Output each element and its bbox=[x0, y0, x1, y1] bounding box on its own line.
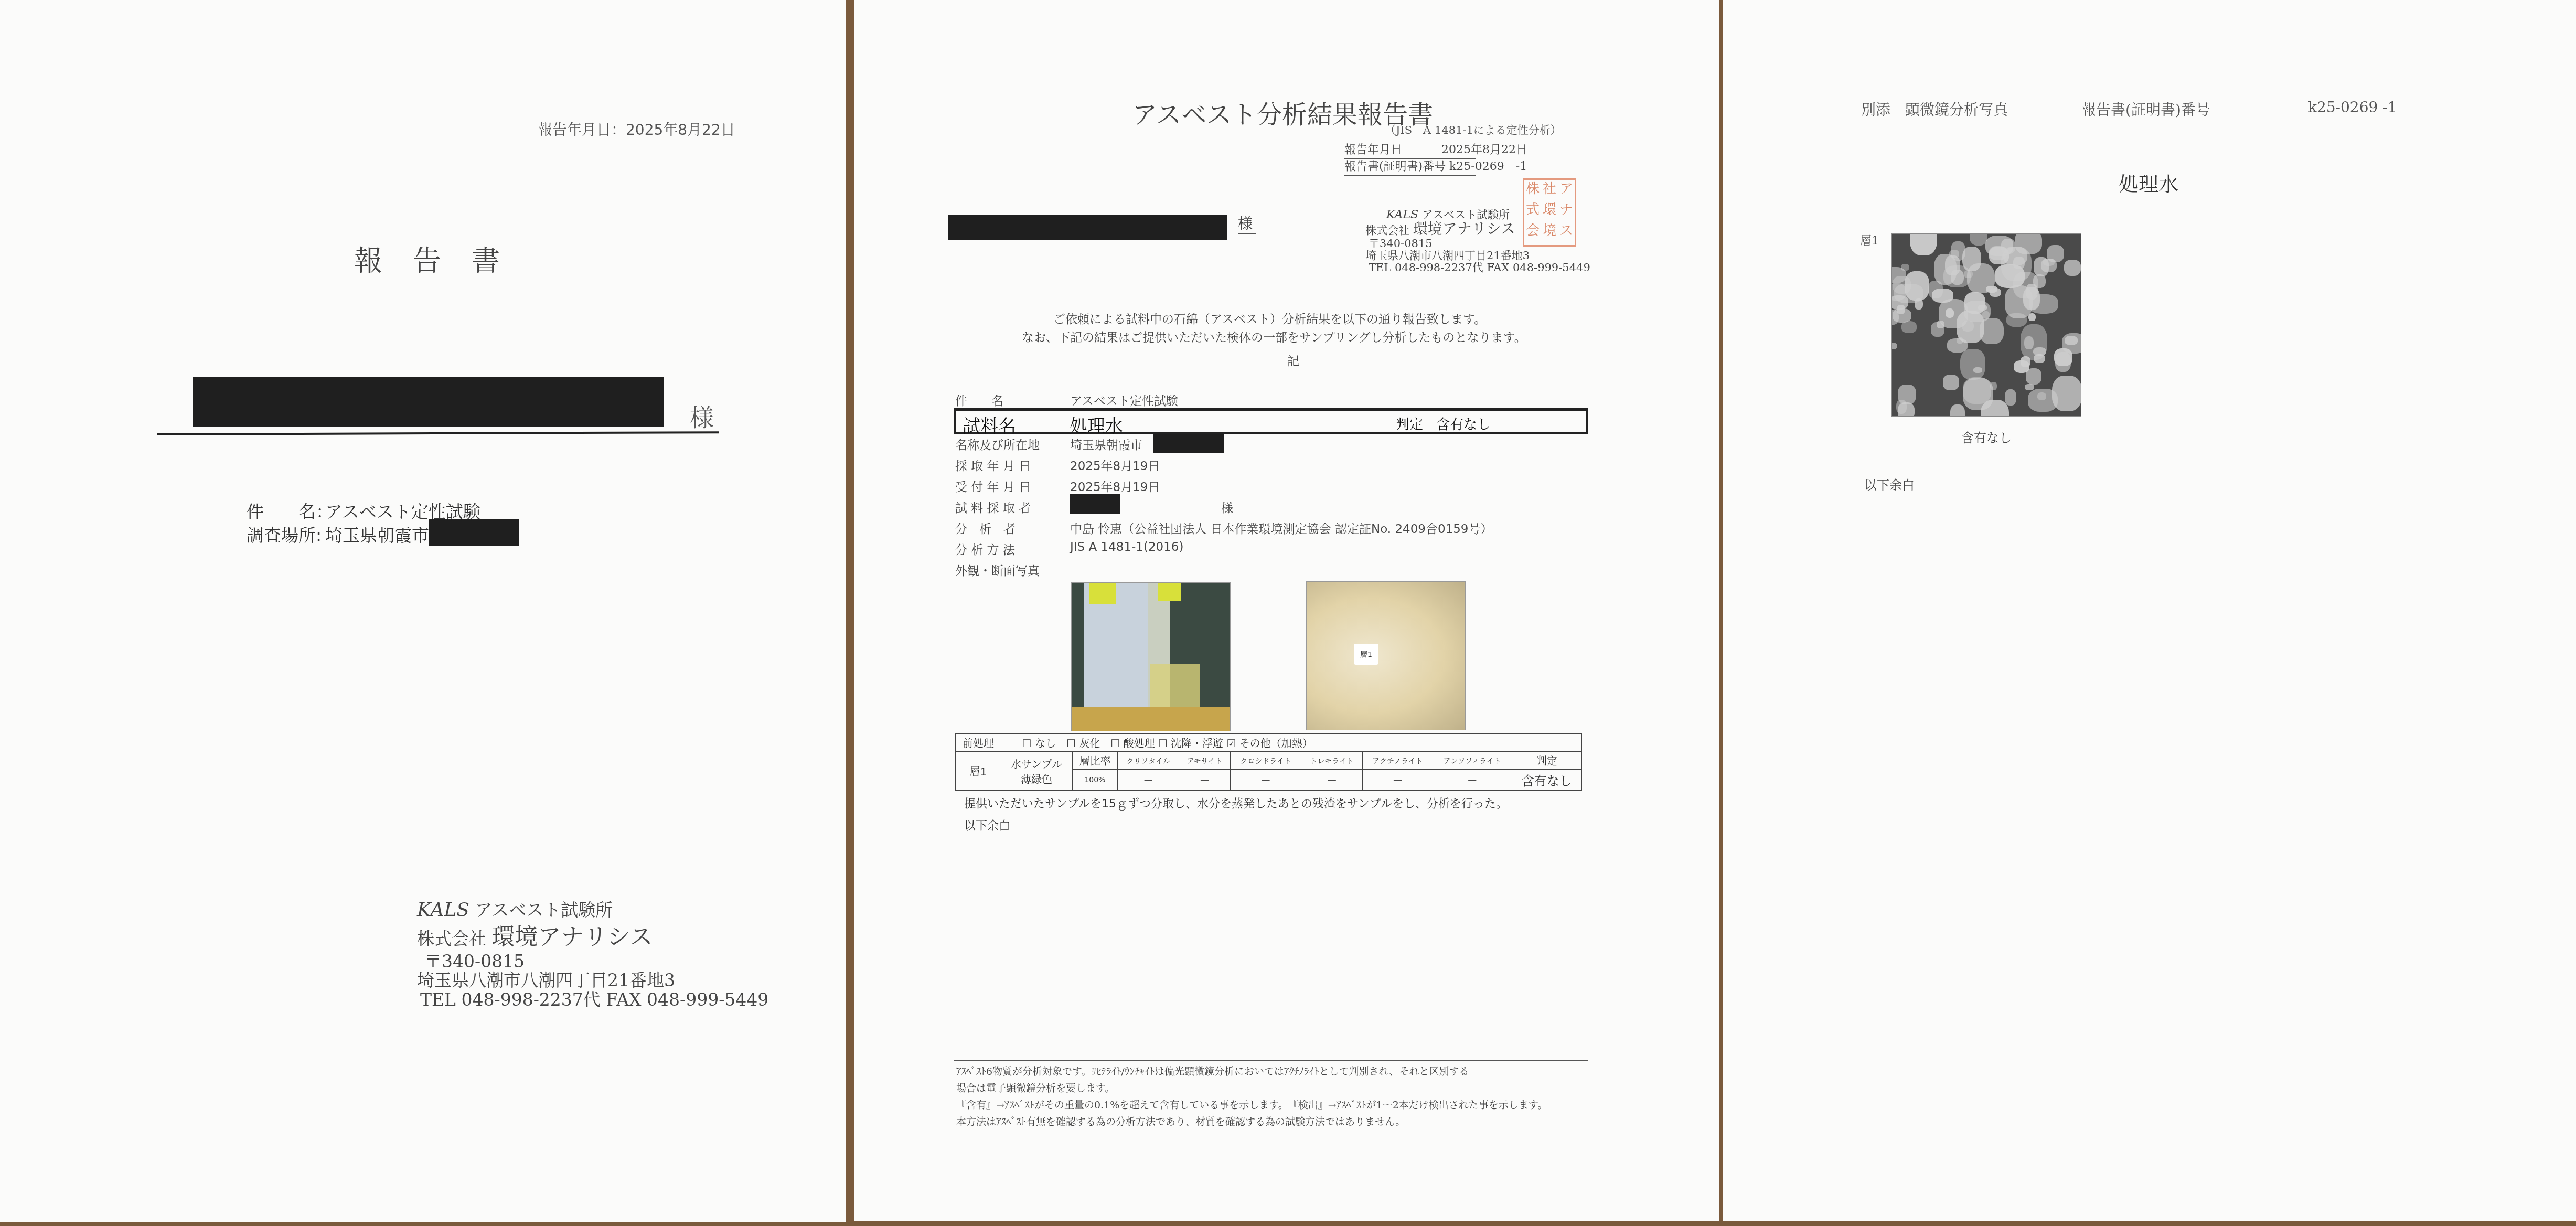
lab-prefix: KALS bbox=[1386, 208, 1418, 221]
field-label: 分 析 方 法 bbox=[955, 540, 1015, 558]
field-value: 2025年8月19日 bbox=[1070, 477, 1160, 495]
redacted-location bbox=[1153, 434, 1224, 453]
cross-section-photo: 層1 bbox=[1306, 581, 1466, 730]
layer-cell: 層1 bbox=[956, 752, 1001, 791]
lab-name: アスベスト試験所 bbox=[475, 900, 613, 920]
corp-prefix: 株式会社 bbox=[1365, 224, 1409, 237]
subject-label: 件 名 bbox=[955, 391, 1003, 409]
company-block: KALS アスベスト試験所 株式会社 環境アナリシス 〒340-0815 埼玉県… bbox=[417, 900, 768, 1009]
value-cell: － bbox=[1301, 770, 1363, 791]
report-date-value: 2025年8月22日 bbox=[626, 121, 735, 138]
analysis-note: 提供いただいたサンプルを15ｇずつ分取し、水分を蒸発したあとの残渣をサンプルをし… bbox=[964, 795, 1508, 811]
header-cell: 判定 bbox=[1512, 752, 1581, 770]
seal-char: ア bbox=[1558, 182, 1575, 203]
microscope-result: 含有なし bbox=[1961, 428, 2012, 446]
field-label: 試 料 採 取 者 bbox=[955, 498, 1031, 516]
seal-char: ス bbox=[1558, 224, 1575, 245]
field-value: 中島 怜恵（公益社団法人 日本作業環境測定協会 認定証No. 2409合0159… bbox=[1070, 519, 1493, 537]
header-cell: アモサイト bbox=[1179, 752, 1231, 770]
photo-layer-tag: 層1 bbox=[1354, 644, 1378, 665]
value-cell: － bbox=[1433, 770, 1512, 791]
field-value: JIS A 1481-1(2016) bbox=[1070, 540, 1183, 554]
footer-note: 本方法はｱｽﾍﾞｽﾄ有無を確認する為の分析方法であり、材質を確認する為の試験方法… bbox=[956, 1114, 1405, 1128]
report-no-row: 報告書(証明書)番号 k25-0269 -1 bbox=[1344, 157, 1476, 176]
seal-char: 株 bbox=[1524, 182, 1541, 203]
description-line-2: 薄緑色 bbox=[1003, 771, 1071, 786]
field-label: 受 付 年 月 日 bbox=[955, 477, 1031, 495]
seal-char: 境 bbox=[1541, 224, 1558, 245]
recipient-honorific: 様 bbox=[690, 399, 714, 433]
sample-name: 処理水 bbox=[1070, 412, 1123, 438]
seal-char: 式 bbox=[1524, 203, 1541, 224]
value-cell: － bbox=[1363, 770, 1433, 791]
lab-name: アスベスト試験所 bbox=[1422, 208, 1510, 221]
value-cell: － bbox=[1230, 770, 1301, 791]
judgment-label: 判定 bbox=[1396, 414, 1423, 433]
report-date: 報告年月日：2025年8月22日 bbox=[538, 119, 735, 140]
report-no-value: k25-0269 -1 bbox=[2308, 99, 2397, 116]
company-postal: 〒340-0815 bbox=[417, 952, 768, 971]
field-label: 外観・断面写真 bbox=[955, 561, 1040, 579]
field-value: 2025年8月19日 bbox=[1070, 456, 1160, 474]
field-value: 様 bbox=[1221, 498, 1233, 516]
sample-box: 試料名 処理水 判定 含有なし bbox=[954, 408, 1588, 434]
company-address: 埼玉県八潮市八潮四丁目21番地3 bbox=[417, 971, 768, 990]
subject-label: 件 名： bbox=[247, 498, 325, 523]
redacted-recipient bbox=[948, 215, 1227, 240]
seal-char: 環 bbox=[1541, 203, 1558, 224]
report-date-label: 報告年月日： bbox=[538, 121, 626, 138]
cover-title: 報告書 bbox=[354, 239, 530, 279]
company-tel-fax: TEL 048-998-2237代 FAX 048-999-5449 bbox=[417, 990, 768, 1009]
sample-name: 処理水 bbox=[2119, 168, 2178, 197]
company-address: 埼玉県八潮市八潮四丁目21番地3 bbox=[1365, 250, 1590, 262]
intro-line-2: なお、下記の結果はご提供いただいた検体の一部をサンプリングし分析したものとなりま… bbox=[1022, 328, 1526, 345]
cover-page: 報告年月日：2025年8月22日 報告書 様 件 名：アスベスト定性試験 調査場… bbox=[0, 0, 846, 1222]
footer-note: 『含有』→ｱｽﾍﾞｽﾄがその重量の0.1%を超えて含有している事を示します。 『… bbox=[956, 1097, 1547, 1112]
judgment-cell: 含有なし bbox=[1512, 770, 1581, 791]
microscope-photo-page: 別添 顕微鏡分析写真 報告書(証明書)番号 k25-0269 -1 処理水 層1… bbox=[1723, 0, 2576, 1221]
header-cell: アクチノライト bbox=[1363, 752, 1433, 770]
intro-line-1: ご依頼による試料中の石綿（アスベスト）分析結果を以下の通り報告致します。 bbox=[1053, 310, 1486, 327]
pretreatment-options: ☐ なし ☐ 灰化 ☐ 酸処理 ☐ 沈降・浮遊 ☑ その他（加熱） bbox=[1001, 734, 1581, 752]
result-page: アスベスト分析結果報告書 （JIS A 1481-1による定性分析） 報告年月日… bbox=[854, 0, 1719, 1221]
recipient-underline bbox=[157, 431, 719, 435]
layer-label: 層1 bbox=[1860, 232, 1879, 248]
pretreatment-label: 前処理 bbox=[956, 734, 1001, 752]
header-cell: トレモライト bbox=[1301, 752, 1363, 770]
corp-name: 環境アナリシス bbox=[1413, 220, 1515, 238]
description-cell: 水サンプル 薄緑色 bbox=[1001, 752, 1072, 791]
value-cell: － bbox=[1118, 770, 1179, 791]
description-line-1: 水サンプル bbox=[1003, 756, 1071, 771]
report-no-label: 報告書(証明書)番号 bbox=[1344, 160, 1446, 173]
sample-label: 試料名 bbox=[963, 412, 1016, 438]
footer-divider bbox=[954, 1060, 1588, 1061]
field-label: 採 取 年 月 日 bbox=[955, 456, 1031, 474]
attachment-title: 別添 顕微鏡分析写真 bbox=[1861, 99, 2008, 120]
field-label: 名称及び所在地 bbox=[955, 435, 1040, 453]
field-value: 埼玉県朝霞市 bbox=[1070, 435, 1142, 453]
place-value: 埼玉県朝霞市 bbox=[325, 525, 429, 546]
header-cell: 層比率 bbox=[1072, 752, 1118, 770]
corp-prefix: 株式会社 bbox=[417, 929, 486, 949]
ki-mark: 記 bbox=[1287, 351, 1299, 369]
place-row: 調査場所:埼玉県朝霞市 bbox=[247, 522, 429, 547]
lab-prefix: KALS bbox=[417, 899, 469, 921]
results-table: 前処理 ☐ なし ☐ 灰化 ☐ 酸処理 ☐ 沈降・浮遊 ☑ その他（加熱） 層1… bbox=[955, 733, 1582, 791]
value-cell: 100% bbox=[1072, 770, 1118, 791]
place-label: 調査場所: bbox=[247, 522, 325, 547]
header-cell: クロシドライト bbox=[1230, 752, 1301, 770]
sample-bottles-photo bbox=[1071, 582, 1231, 731]
recipient-honorific: 様 bbox=[1238, 212, 1256, 234]
blank-note: 以下余白 bbox=[964, 817, 1010, 833]
header-cell: アンソフィライト bbox=[1433, 752, 1512, 770]
company-seal-stamp: 株 社 ア 式 環 ナ 会 境 ス bbox=[1523, 178, 1576, 247]
subject-value: アスベスト定性試験 bbox=[1070, 391, 1178, 409]
report-date-label: 報告年月日 bbox=[1344, 143, 1402, 156]
judgment-value: 含有なし bbox=[1436, 414, 1491, 433]
redacted-recipient bbox=[193, 377, 664, 427]
footer-note: 場合は電子顕微鏡分析を要します。 bbox=[956, 1081, 1115, 1095]
blank-note: 以下余白 bbox=[1864, 475, 1915, 493]
report-date-value: 2025年8月22日 bbox=[1441, 141, 1527, 157]
jis-note: （JIS A 1481-1による定性分析） bbox=[1385, 122, 1562, 137]
company-tel-fax: TEL 048-998-2237代 FAX 048-999-5449 bbox=[1365, 262, 1590, 274]
report-no-label: 報告書(証明書)番号 bbox=[2081, 99, 2210, 120]
seal-char: 会 bbox=[1524, 224, 1541, 245]
value-cell: － bbox=[1179, 770, 1231, 791]
footer-note: ｱｽﾍﾞｽﾄ6物質が分析対象です。ﾘﾋﾃﾗｲﾄ/ｳﾝﾁｬｲﾄは偏光顕微鏡分析にお… bbox=[956, 1064, 1469, 1078]
field-label: 分 析 者 bbox=[955, 519, 1016, 537]
header-cell: クリソタイル bbox=[1118, 752, 1179, 770]
redacted-sampler bbox=[1070, 494, 1120, 514]
microscope-image bbox=[1891, 233, 2081, 417]
seal-char: 社 bbox=[1541, 182, 1558, 203]
redacted-place bbox=[429, 519, 519, 546]
report-no-value: k25-0269 -1 bbox=[1449, 157, 1527, 174]
report-date-row: 報告年月日 2025年8月22日 bbox=[1344, 141, 1476, 159]
corp-name: 環境アナリシス bbox=[492, 924, 653, 951]
seal-char: ナ bbox=[1558, 203, 1575, 224]
